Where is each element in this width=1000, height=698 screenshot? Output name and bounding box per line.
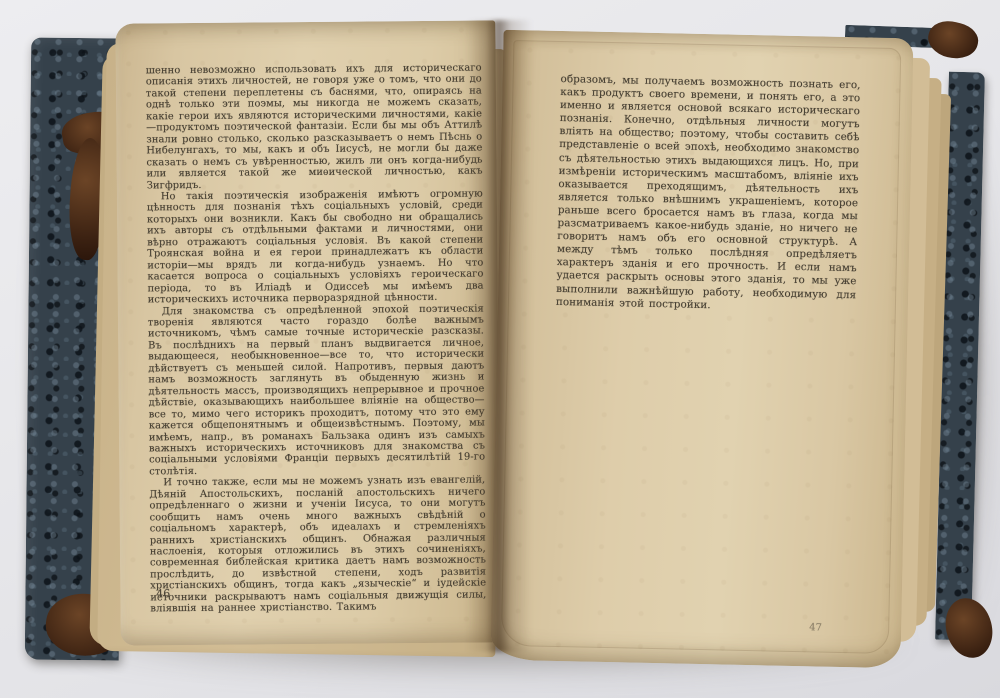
paragraph: И точно также, если мы не можемъ узнать …	[149, 475, 486, 615]
paragraph: шенно невозможно использовать ихъ для ис…	[146, 62, 483, 191]
photo-background: шенно невозможно использовать ихъ для ис…	[0, 0, 1000, 698]
right-page-number: 47	[809, 622, 822, 633]
leather-corner-top-right	[924, 16, 981, 63]
right-page: образомъ, мы получаемъ возможность позна…	[490, 30, 913, 668]
paragraph: Для знакомства съ опредѣленной эпохой по…	[148, 303, 485, 478]
book-gutter-shadow	[466, 20, 532, 652]
left-page-text: шенно невозможно использовать ихъ для ис…	[146, 62, 487, 615]
right-page-text: образомъ, мы получаемъ возможность позна…	[556, 73, 861, 315]
left-page-number: 46	[156, 587, 170, 600]
paragraph: образомъ, мы получаемъ возможность позна…	[556, 73, 861, 315]
paragraph: Но такія поэтическія изображенія имѣютъ …	[147, 188, 484, 305]
left-page: шенно невозможно использовать ихъ для ис…	[115, 20, 500, 645]
